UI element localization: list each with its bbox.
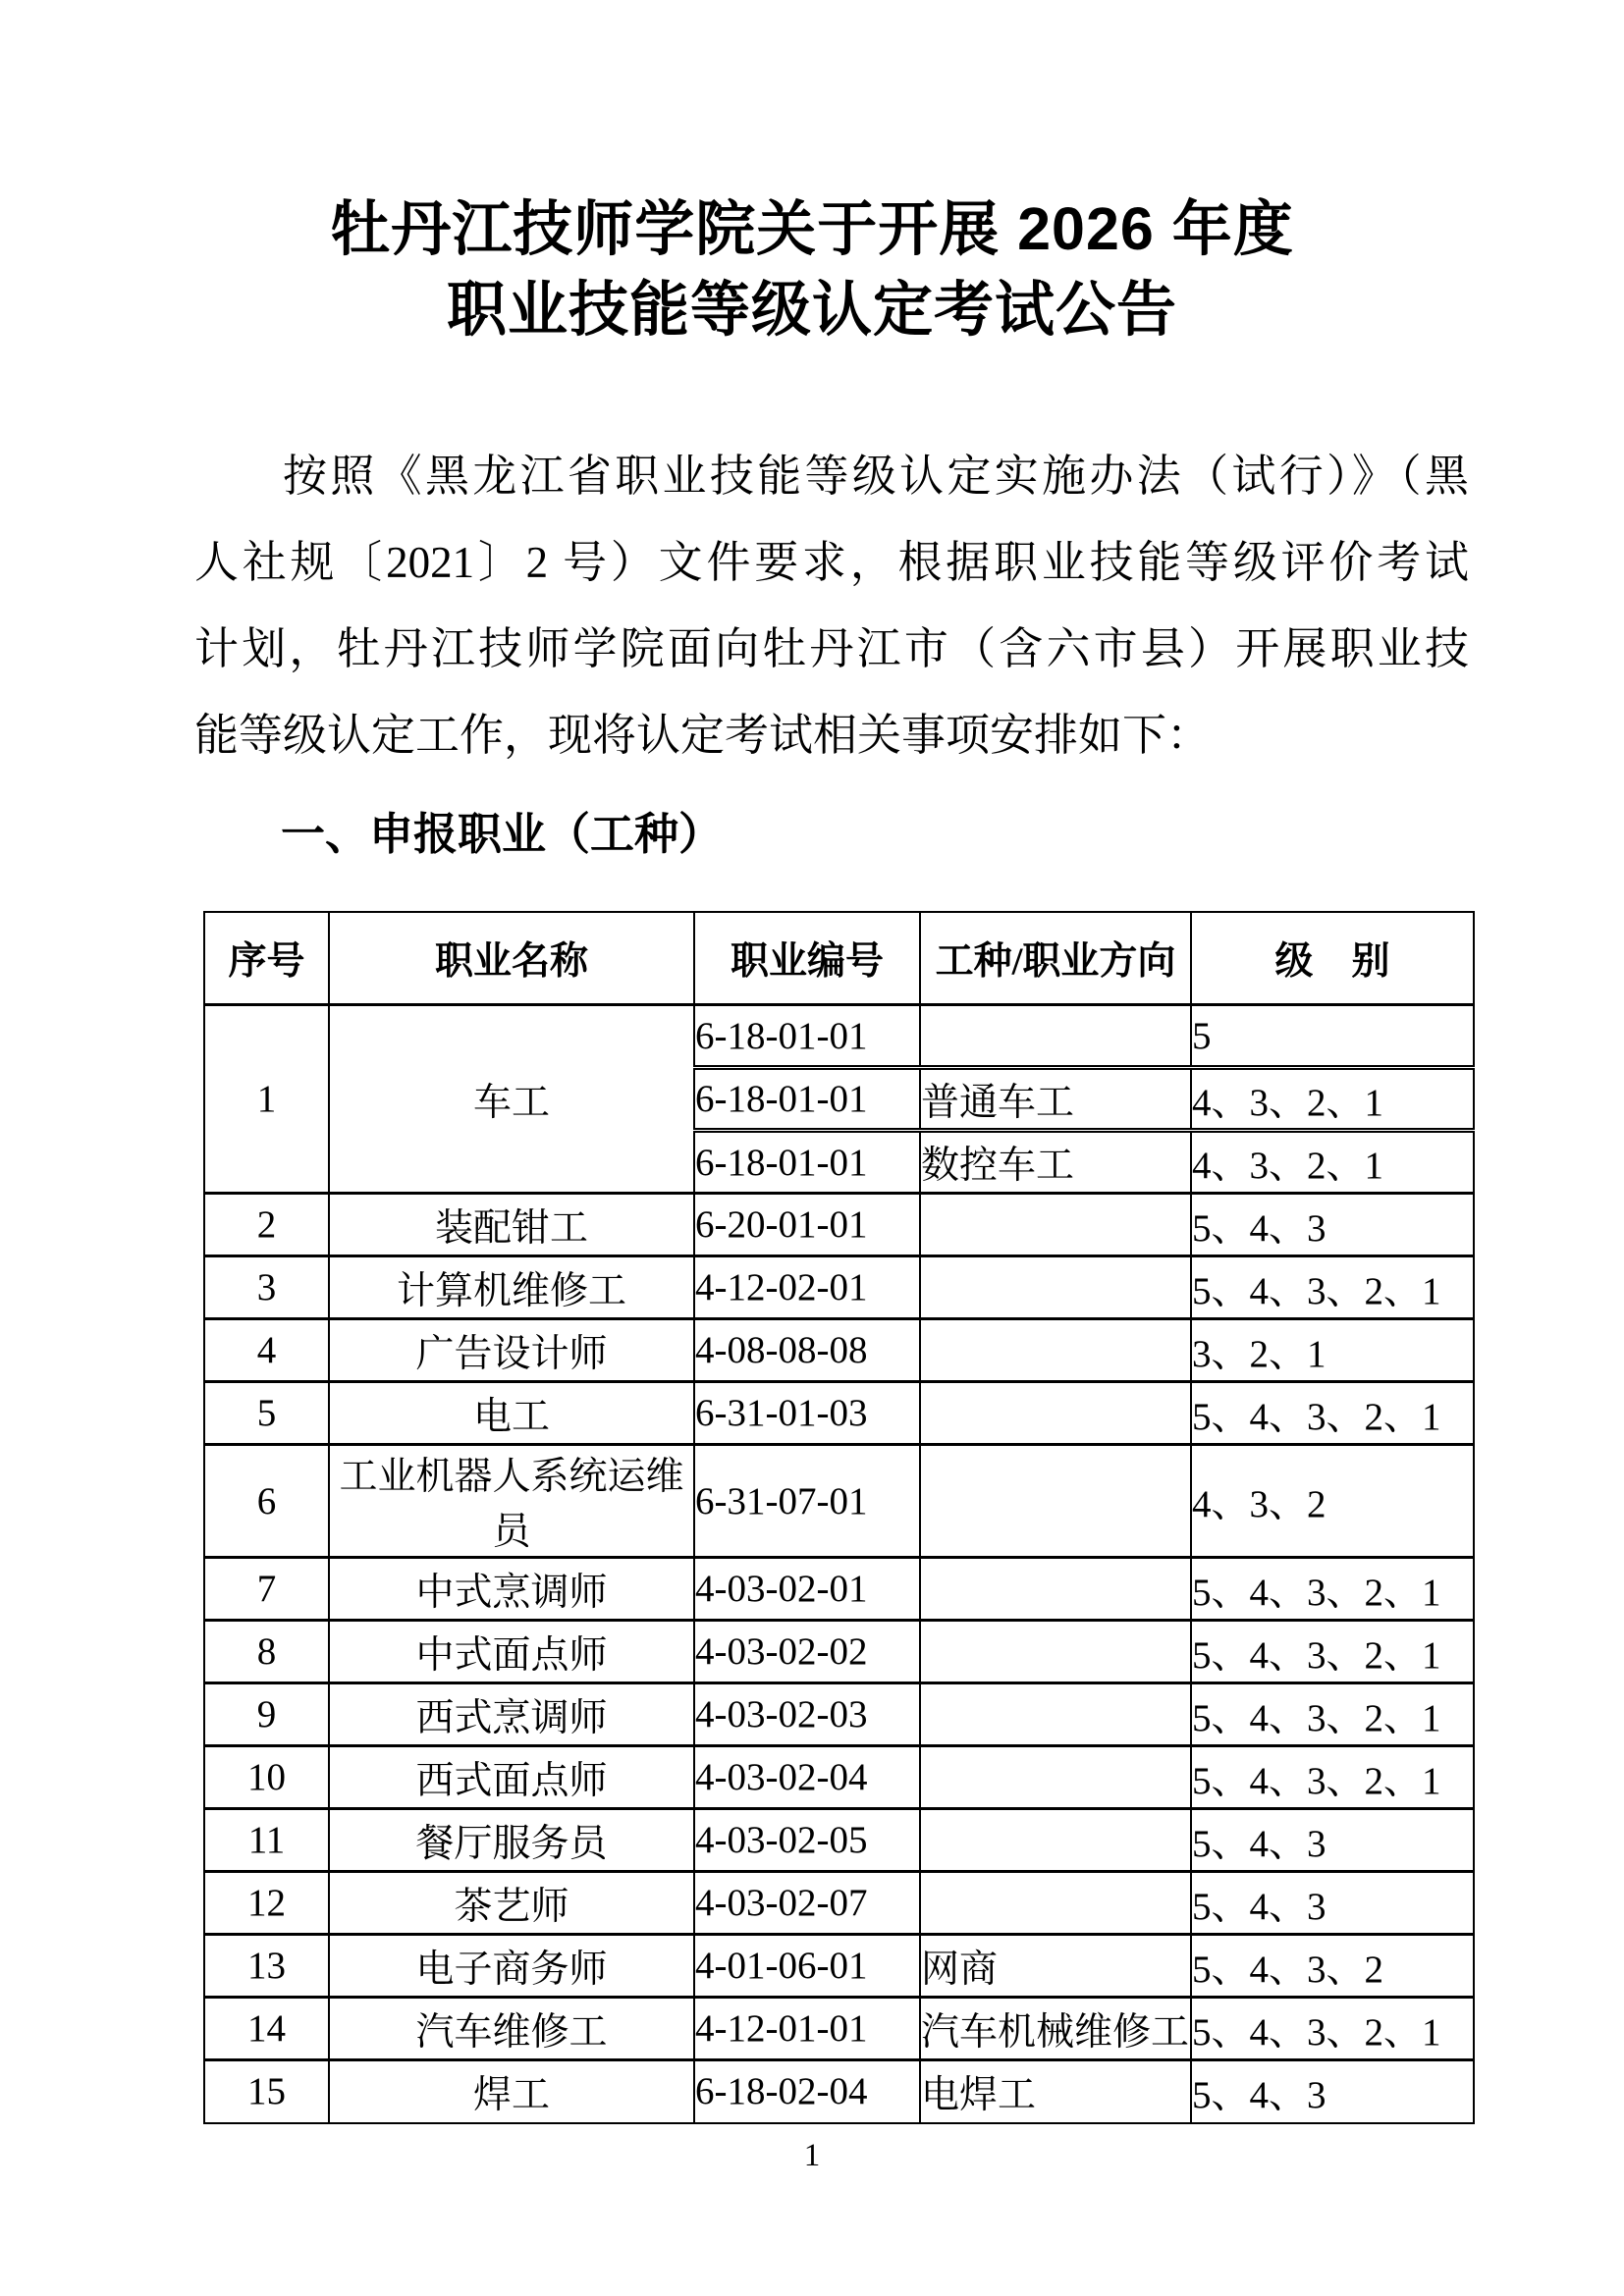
level-cell: 5 <box>1191 1005 1474 1068</box>
seq-cell: 13 <box>204 1935 329 1998</box>
section-heading: 一、申报职业（工种） <box>194 805 723 864</box>
table-row: 9西式烹调师4-03-02-035、4、3、2、1 <box>204 1683 1474 1746</box>
direction-cell <box>920 1319 1191 1382</box>
table-row: 10西式面点师4-03-02-045、4、3、2、1 <box>204 1746 1474 1809</box>
level-cell: 3、2、1 <box>1191 1319 1474 1382</box>
level-cell: 5、4、3、2、1 <box>1191 1382 1474 1445</box>
level-cell: 5、4、3 <box>1191 1194 1474 1256</box>
seq-cell: 10 <box>204 1746 329 1809</box>
occupation-code-cell: 6-31-07-01 <box>694 1445 920 1558</box>
occupation-code-cell: 4-03-02-03 <box>694 1683 920 1746</box>
document-title-line1: 牡丹江技师学院关于开展 2026 年度 <box>330 195 1294 262</box>
seq-cell: 15 <box>204 2060 329 2123</box>
occupation-code-cell: 6-18-01-01 <box>694 1005 920 1068</box>
seq-cell: 4 <box>204 1319 329 1382</box>
direction-cell <box>920 1809 1191 1872</box>
direction-cell <box>920 1382 1191 1445</box>
direction-cell: 汽车机械维修工 <box>920 1998 1191 2060</box>
occupation-code-cell: 6-18-01-01 <box>694 1131 920 1194</box>
occupation-name-cell: 茶艺师 <box>329 1872 694 1935</box>
occupation-name-cell: 广告设计师 <box>329 1319 694 1382</box>
seq-cell: 6 <box>204 1445 329 1558</box>
occupation-code-cell: 4-12-01-01 <box>694 1998 920 2060</box>
occupation-name-cell: 计算机维修工 <box>329 1256 694 1319</box>
direction-cell <box>920 1005 1191 1068</box>
level-cell: 5、4、3、2、1 <box>1191 1998 1474 2060</box>
occupation-code-cell: 4-03-02-05 <box>694 1809 920 1872</box>
paragraph-line: 能等级认定工作，现将认定考试相关事项安排如下： <box>194 692 1469 778</box>
table-row: 4广告设计师4-08-08-083、2、1 <box>204 1319 1474 1382</box>
seq-cell: 14 <box>204 1998 329 2060</box>
seq-cell: 11 <box>204 1809 329 1872</box>
occupation-name-cell: 中式面点师 <box>329 1621 694 1683</box>
column-header-code: 职业编号 <box>694 912 920 1005</box>
table-row: 2装配钳工6-20-01-015、4、3 <box>204 1194 1474 1256</box>
table-row: 11餐厅服务员4-03-02-055、4、3 <box>204 1809 1474 1872</box>
occupation-name-cell: 西式烹调师 <box>329 1683 694 1746</box>
direction-cell: 网商 <box>920 1935 1191 1998</box>
page-number: 1 <box>0 2136 1624 2175</box>
direction-cell: 电焊工 <box>920 2060 1191 2123</box>
document-page: 牡丹江技师学院关于开展 2026 年度 职业技能等级认定考试公告 按照《黑龙江省… <box>0 0 1624 2296</box>
direction-cell <box>920 1194 1191 1256</box>
table-row: 8中式面点师4-03-02-025、4、3、2、1 <box>204 1621 1474 1683</box>
paragraph-line: 人社规〔2021〕2 号）文件要求，根据职业技能等级评价考试 <box>194 519 1469 606</box>
occupation-name-cell: 餐厅服务员 <box>329 1809 694 1872</box>
occupation-code-cell: 6-20-01-01 <box>694 1194 920 1256</box>
level-cell: 5、4、3 <box>1191 2060 1474 2123</box>
occupation-name-cell: 装配钳工 <box>329 1194 694 1256</box>
occupation-name-cell: 车工 <box>329 1005 694 1194</box>
occupation-code-cell: 6-18-02-04 <box>694 2060 920 2123</box>
level-cell: 5、4、3、2、1 <box>1191 1746 1474 1809</box>
seq-cell: 1 <box>204 1005 329 1194</box>
table-row: 1车工6-18-01-015 <box>204 1005 1474 1068</box>
table-row: 3计算机维修工4-12-02-015、4、3、2、1 <box>204 1256 1474 1319</box>
occupation-code-cell: 4-03-02-04 <box>694 1746 920 1809</box>
direction-cell: 普通车工 <box>920 1068 1191 1131</box>
paragraph-line: 计划，牡丹江技师学院面向牡丹江市（含六市县）开展职业技 <box>194 606 1469 692</box>
direction-cell <box>920 1558 1191 1621</box>
table-row: 14汽车维修工4-12-01-01汽车机械维修工5、4、3、2、1 <box>204 1998 1474 2060</box>
seq-cell: 5 <box>204 1382 329 1445</box>
occupation-code-cell: 6-31-01-03 <box>694 1382 920 1445</box>
occupation-name-cell: 焊工 <box>329 2060 694 2123</box>
level-cell: 5、4、3、2、1 <box>1191 1683 1474 1746</box>
level-cell: 5、4、3、2、1 <box>1191 1256 1474 1319</box>
occupations-table: 序号 职业名称 职业编号 工种/职业方向 级 别 1车工6-18-01-0156… <box>203 911 1475 2124</box>
table-row: 7中式烹调师4-03-02-015、4、3、2、1 <box>204 1558 1474 1621</box>
direction-cell <box>920 1621 1191 1683</box>
level-cell: 5、4、3、2、1 <box>1191 1558 1474 1621</box>
occupation-name-cell: 电子商务师 <box>329 1935 694 1998</box>
seq-cell: 7 <box>204 1558 329 1621</box>
direction-cell <box>920 1445 1191 1558</box>
seq-cell: 3 <box>204 1256 329 1319</box>
occupations-table-body: 1车工6-18-01-0156-18-01-01普通车工4、3、2、16-18-… <box>204 1005 1474 2123</box>
paragraph-line: 按照《黑龙江省职业技能等级认定实施办法（试行）》（黑 <box>194 433 1469 519</box>
table-header-row: 序号 职业名称 职业编号 工种/职业方向 级 别 <box>204 912 1474 1005</box>
column-header-direction: 工种/职业方向 <box>920 912 1191 1005</box>
occupation-code-cell: 4-01-06-01 <box>694 1935 920 1998</box>
occupation-code-cell: 6-18-01-01 <box>694 1068 920 1131</box>
occupation-name-cell: 电工 <box>329 1382 694 1445</box>
occupation-name-cell: 汽车维修工 <box>329 1998 694 2060</box>
table-row: 15焊工6-18-02-04电焊工5、4、3 <box>204 2060 1474 2123</box>
level-cell: 5、4、3、2、1 <box>1191 1621 1474 1683</box>
level-cell: 4、3、2、1 <box>1191 1068 1474 1131</box>
direction-cell <box>920 1746 1191 1809</box>
occupation-code-cell: 4-03-02-02 <box>694 1621 920 1683</box>
direction-cell: 数控车工 <box>920 1131 1191 1194</box>
column-header-level: 级 别 <box>1191 912 1474 1005</box>
column-header-name: 职业名称 <box>329 912 694 1005</box>
level-cell: 5、4、3 <box>1191 1809 1474 1872</box>
occupation-code-cell: 4-03-02-01 <box>694 1558 920 1621</box>
direction-cell <box>920 1683 1191 1746</box>
seq-cell: 9 <box>204 1683 329 1746</box>
occupation-name-cell: 中式烹调师 <box>329 1558 694 1621</box>
table-row: 13电子商务师4-01-06-01网商5、4、3、2 <box>204 1935 1474 1998</box>
seq-cell: 8 <box>204 1621 329 1683</box>
seq-cell: 12 <box>204 1872 329 1935</box>
seq-cell: 2 <box>204 1194 329 1256</box>
occupation-name-cell: 工业机器人系统运维员 <box>329 1445 694 1558</box>
level-cell: 5、4、3 <box>1191 1872 1474 1935</box>
table-row: 6工业机器人系统运维员6-31-07-014、3、2 <box>204 1445 1474 1558</box>
direction-cell <box>920 1872 1191 1935</box>
occupation-code-cell: 4-08-08-08 <box>694 1319 920 1382</box>
level-cell: 4、3、2、1 <box>1191 1131 1474 1194</box>
direction-cell <box>920 1256 1191 1319</box>
document-title: 牡丹江技师学院关于开展 2026 年度 职业技能等级认定考试公告 <box>0 188 1624 349</box>
column-header-seq: 序号 <box>204 912 329 1005</box>
intro-paragraph: 按照《黑龙江省职业技能等级认定实施办法（试行）》（黑 人社规〔2021〕2 号）… <box>194 433 1469 778</box>
occupation-code-cell: 4-12-02-01 <box>694 1256 920 1319</box>
occupation-name-cell: 西式面点师 <box>329 1746 694 1809</box>
occupation-code-cell: 4-03-02-07 <box>694 1872 920 1935</box>
table-row: 5电工6-31-01-035、4、3、2、1 <box>204 1382 1474 1445</box>
table-row: 12茶艺师4-03-02-075、4、3 <box>204 1872 1474 1935</box>
level-cell: 4、3、2 <box>1191 1445 1474 1558</box>
document-title-line2: 职业技能等级认定考试公告 <box>447 276 1177 343</box>
level-cell: 5、4、3、2 <box>1191 1935 1474 1998</box>
